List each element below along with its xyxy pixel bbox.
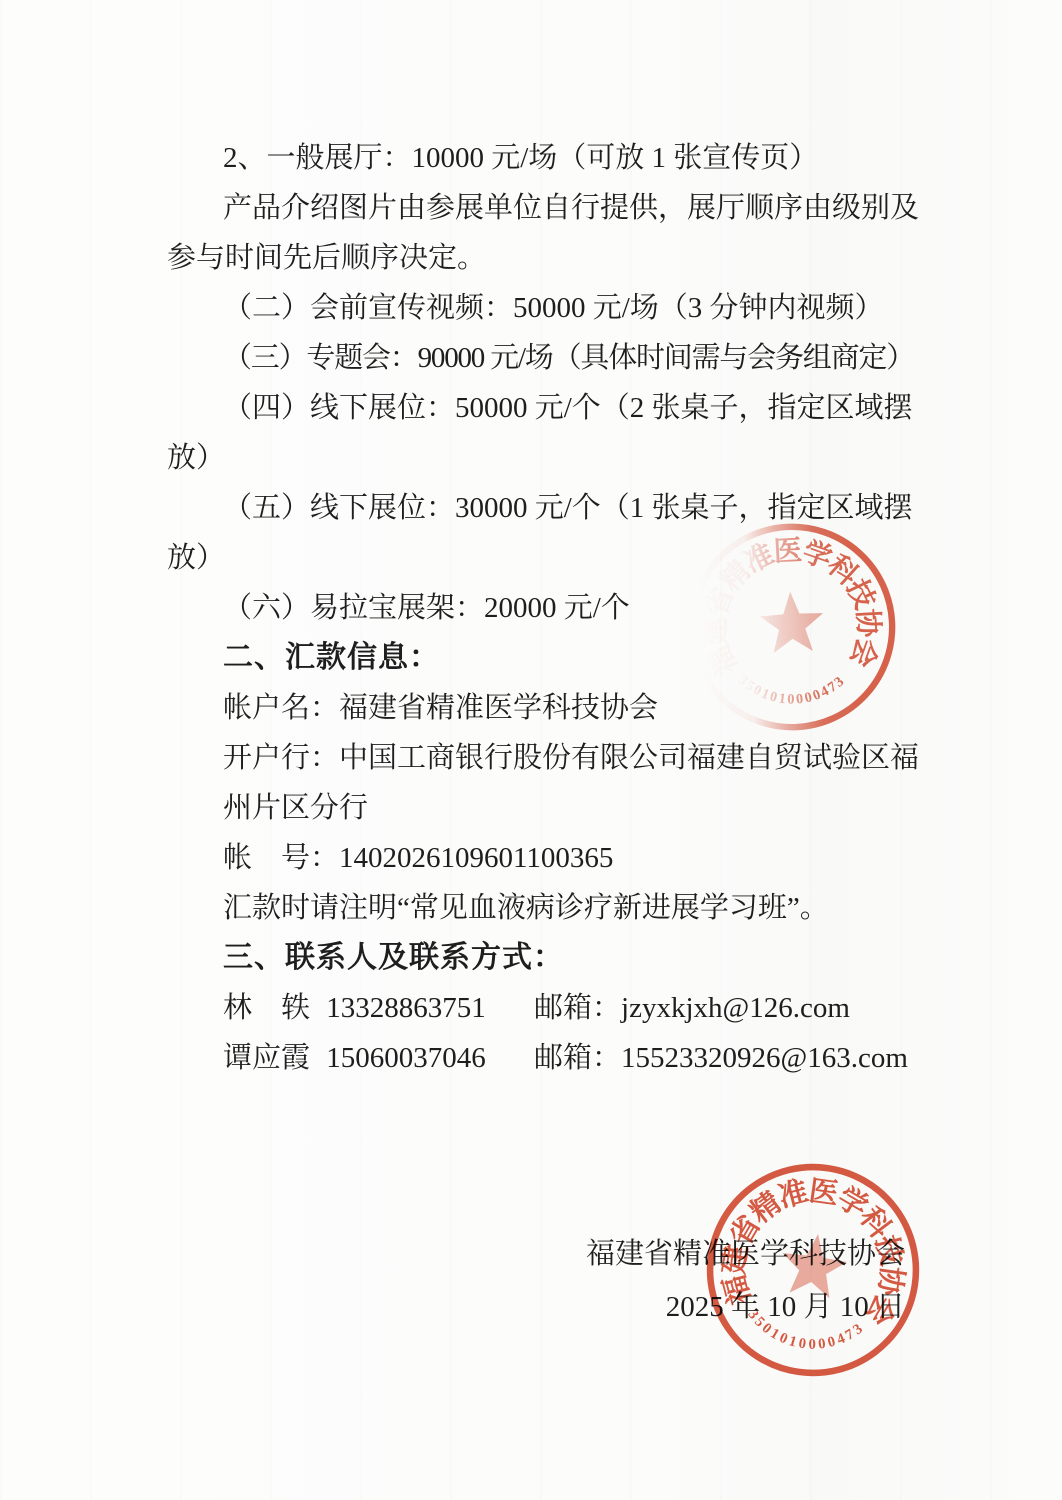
email-label: 邮箱： xyxy=(534,992,621,1024)
stamp-seal-graphic: 福建省精准医学科技协会 3501010000473 xyxy=(678,513,905,740)
stamp-seal-graphic: 福建省精准医学科技协会 3501010000473 xyxy=(688,1145,939,1396)
contact-email: 邮箱：15523320926@163.com xyxy=(534,1033,908,1083)
email-label: 邮箱： xyxy=(534,1042,621,1074)
doc-line: （三）专题会：90000 元/场（具体时间需与会务组商定） xyxy=(167,333,919,383)
star-icon xyxy=(777,1229,850,1300)
contact-name: 谭应霞 xyxy=(223,1033,319,1083)
doc-line-account-number: 帐 号：1402026109601100365 xyxy=(167,833,919,883)
section-heading-contacts: 三、联系人及联系方式： xyxy=(167,933,919,983)
official-stamp-partial: 福建省精准医学科技协会 3501010000473 xyxy=(678,513,905,740)
doc-line: （二）会前宣传视频：50000 元/场（3 分钟内视频） xyxy=(167,283,919,333)
doc-line-remit-note: 汇款时请注明“常见血液病诊疗新进展学习班”。 xyxy=(167,883,919,933)
stamp-serial-number: 3501010000473 xyxy=(734,667,848,711)
contact-row: 谭应霞 15060037046 邮箱：15523320926@163.com xyxy=(167,1033,919,1083)
doc-line: （四）线下展位：50000 元/个（2 张桌子，指定区域摆 xyxy=(167,383,919,433)
star-icon xyxy=(758,590,824,654)
contact-phone: 13328863751 xyxy=(326,992,486,1024)
official-stamp: 福建省精准医学科技协会 3501010000473 xyxy=(688,1145,939,1396)
doc-line: 放） xyxy=(167,433,919,483)
doc-line: 2、一般展厅：10000 元/场（可放 1 张宣传页） xyxy=(167,133,919,183)
contact-row: 林 轶 13328863751 邮箱：jzyxkjxh@126.com xyxy=(167,983,919,1033)
doc-line-bank: 开户行：中国工商银行股份有限公司福建自贸试验区福 xyxy=(167,733,919,783)
contact-name: 林 轶 xyxy=(223,983,319,1033)
doc-line: 参与时间先后顺序决定。 xyxy=(167,233,919,283)
contact-email: 邮箱：jzyxkjxh@126.com xyxy=(534,983,850,1033)
stamp-serial-number: 3501010000473 xyxy=(741,1305,868,1360)
doc-line-bank-cont: 州片区分行 xyxy=(167,783,919,833)
scanned-document-page: 2、一般展厅：10000 元/场（可放 1 张宣传页） 产品介绍图片由参展单位自… xyxy=(0,0,1062,1500)
email-address: jzyxkjxh@126.com xyxy=(621,992,850,1024)
contact-phone: 15060037046 xyxy=(326,1042,486,1074)
doc-line: 产品介绍图片由参展单位自行提供，展厅顺序由级别及 xyxy=(167,183,919,233)
email-address: 15523320926@163.com xyxy=(621,1042,908,1074)
